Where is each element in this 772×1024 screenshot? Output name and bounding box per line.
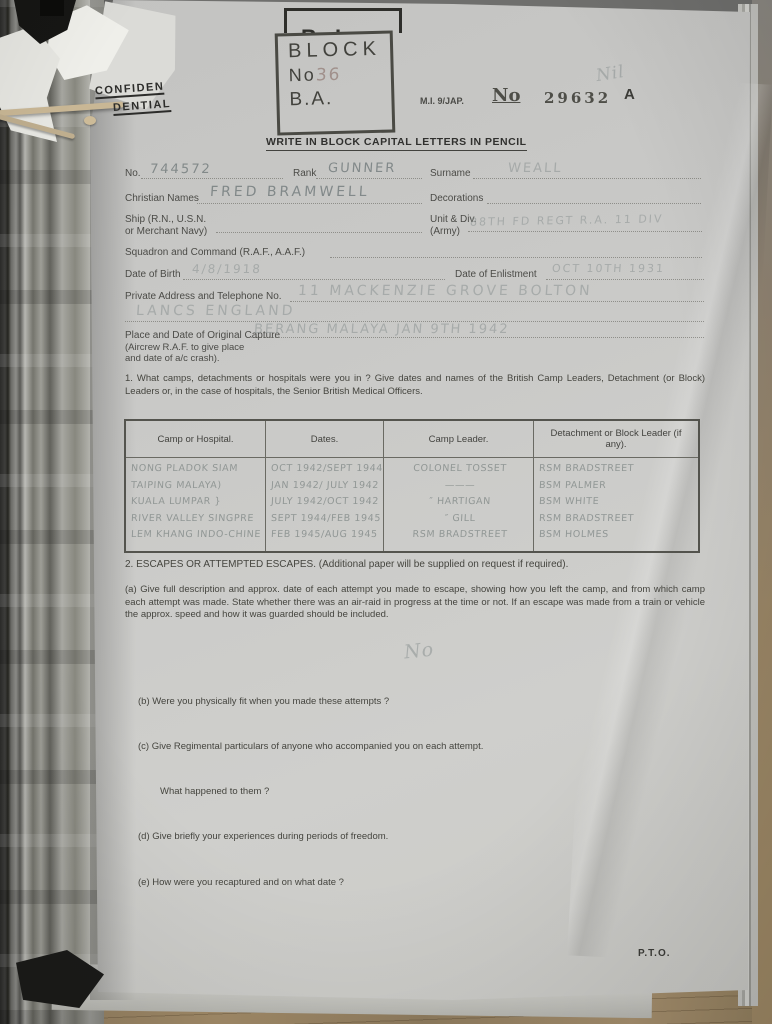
enlistment-rule: [546, 278, 704, 280]
surname-value: WEALL: [507, 161, 563, 176]
table-cell: BSM HOLMES: [539, 527, 697, 544]
table-cell: JAN 1942/ JULY 1942: [271, 478, 382, 495]
table-cell: ———: [389, 478, 532, 495]
no-label: No.: [125, 168, 141, 179]
string-knot: [84, 116, 96, 125]
table-cell: SEPT 1944/FEB 1945: [271, 511, 382, 528]
block-no-prefix: No: [289, 65, 317, 86]
question-2e-text: (e) How were you recaptured and on what …: [138, 877, 698, 890]
ship-rule: [216, 231, 422, 233]
question-1-text: 1. What camps, detachments or hospitals …: [125, 373, 705, 398]
no-symbol: No: [492, 85, 520, 106]
case-number: 29632: [544, 89, 611, 107]
ship-label-2: or Merchant Navy): [125, 226, 207, 237]
enlistment-label: Date of Enlistment: [455, 269, 537, 280]
decorations-label: Decorations: [430, 193, 483, 204]
block-number-stamp: BLOCK No36 B.A.: [275, 30, 396, 135]
table-cell: BSM PALMER: [539, 478, 697, 495]
dob-rule: [183, 278, 445, 280]
surname-label: Surname: [430, 168, 471, 179]
no-rule: [141, 177, 283, 179]
rank-value: GUNNER: [327, 161, 396, 176]
unit-div-rule: [468, 230, 702, 232]
enlistment-value: OCT 10TH 1931: [552, 262, 666, 275]
table-cell: RSM BRADSTREET: [539, 461, 697, 478]
question-2-heading: 2. ESCAPES OR ATTEMPTED ESCAPES. (Additi…: [125, 559, 705, 572]
block-stamp-ba: B.A.: [289, 87, 392, 112]
dates-column: OCT 1942/SEPT 1944 JAN 1942/ JULY 1942 J…: [266, 458, 384, 551]
rank-label: Rank: [293, 168, 316, 179]
series-letter: A: [624, 86, 635, 103]
dark-corner-top-left-2: [40, 0, 64, 16]
christian-names-label: Christian Names: [125, 193, 199, 204]
christian-names-value: FRED BRAMWELL: [209, 184, 370, 200]
col-header-camp: Camp or Hospital.: [126, 421, 266, 458]
partial-stamp-above: B L: [284, 8, 402, 33]
table-cell: ″ HARTIGAN: [389, 494, 532, 511]
surname-rule: [473, 177, 701, 179]
block-no-pencil-value: 36: [315, 65, 342, 86]
camps-table: Camp or Hospital. Dates. Camp Leader. De…: [124, 419, 700, 553]
col-header-leader: Camp Leader.: [384, 421, 534, 458]
unit-div-label-2: (Army): [430, 226, 460, 237]
rank-rule: [316, 177, 422, 179]
dob-value: 4/8/1918: [192, 262, 263, 276]
leader-column: COLONEL TOSSET ——— ″ HARTIGAN ″ GILL RSM…: [384, 458, 534, 551]
table-cell: RSM BRADSTREET: [539, 511, 697, 528]
col-header-block: Detachment or Block Leader (if any).: [534, 421, 698, 458]
table-cell: TAIPING MALAYA): [131, 478, 264, 495]
table-cell: ″ GILL: [389, 511, 532, 528]
address-rule-1: [290, 300, 704, 302]
camp-column: NONG PLADOK SIAM TAIPING MALAYA) KUALA L…: [126, 458, 266, 551]
table-cell: KUALA LUMPAR }: [131, 494, 264, 511]
table-cell: LEM KHANG INDO-CHINE: [131, 527, 264, 544]
col-header-dates: Dates.: [266, 421, 384, 458]
no-value: 744572: [149, 162, 212, 177]
question-2d-text: (d) Give briefly your experiences during…: [138, 831, 698, 844]
christian-names-rule: [197, 202, 422, 204]
table-cell: NONG PLADOK SIAM: [131, 461, 264, 478]
table-cell: COLONEL TOSSET: [389, 461, 532, 478]
table-cell: RIVER VALLEY SINGPRE: [131, 511, 264, 528]
block-leader-column: RSM BRADSTREET BSM PALMER BSM WHITE RSM …: [534, 458, 698, 551]
page-title: WRITE IN BLOCK CAPITAL LETTERS IN PENCIL: [266, 136, 527, 151]
question-2c2-text: What happened to them ?: [160, 786, 560, 799]
capture-value: BERANG MALAYA JAN 9TH 1942: [253, 322, 510, 337]
address-label: Private Address and Telephone No.: [125, 291, 282, 302]
address-value-2: LANCS ENGLAND: [135, 303, 296, 319]
ship-label-1: Ship (R.N., U.S.N.: [125, 214, 206, 225]
question-2b-text: (b) Were you physically fit when you mad…: [138, 696, 698, 709]
table-cell: FEB 1945/AUG 1945: [271, 527, 382, 544]
book-binding-page-edges: [0, 0, 104, 1024]
capture-label-3: and date of a/c crash).: [125, 353, 220, 364]
dob-label: Date of Birth: [125, 269, 181, 280]
question-2c-text: (c) Give Regimental particulars of anyon…: [138, 741, 698, 754]
question-2a-text: (a) Give full description and approx. da…: [125, 584, 705, 622]
address-value-1: 11 MACKENZIE GROVE BOLTON: [297, 283, 593, 299]
table-cell: BSM WHITE: [539, 494, 697, 511]
block-stamp-word: BLOCK: [288, 38, 391, 64]
pto-footer: P.T.O.: [638, 948, 671, 959]
mi9-label: M.I. 9/JAP.: [420, 96, 464, 106]
block-stamp-number-line: No36: [289, 63, 392, 87]
table-cell: OCT 1942/SEPT 1944: [271, 461, 382, 478]
question-2a-answer: No: [403, 638, 435, 663]
squadron-rule: [330, 256, 702, 258]
decorations-rule: [487, 202, 701, 204]
table-cell: JULY 1942/OCT 1942: [271, 494, 382, 511]
table-cell: RSM BRADSTREET: [389, 527, 532, 544]
squadron-label: Squadron and Command (R.A.F., A.A.F.): [125, 247, 305, 258]
capture-label-2: (Aircrew R.A.F. to give place: [125, 342, 244, 353]
